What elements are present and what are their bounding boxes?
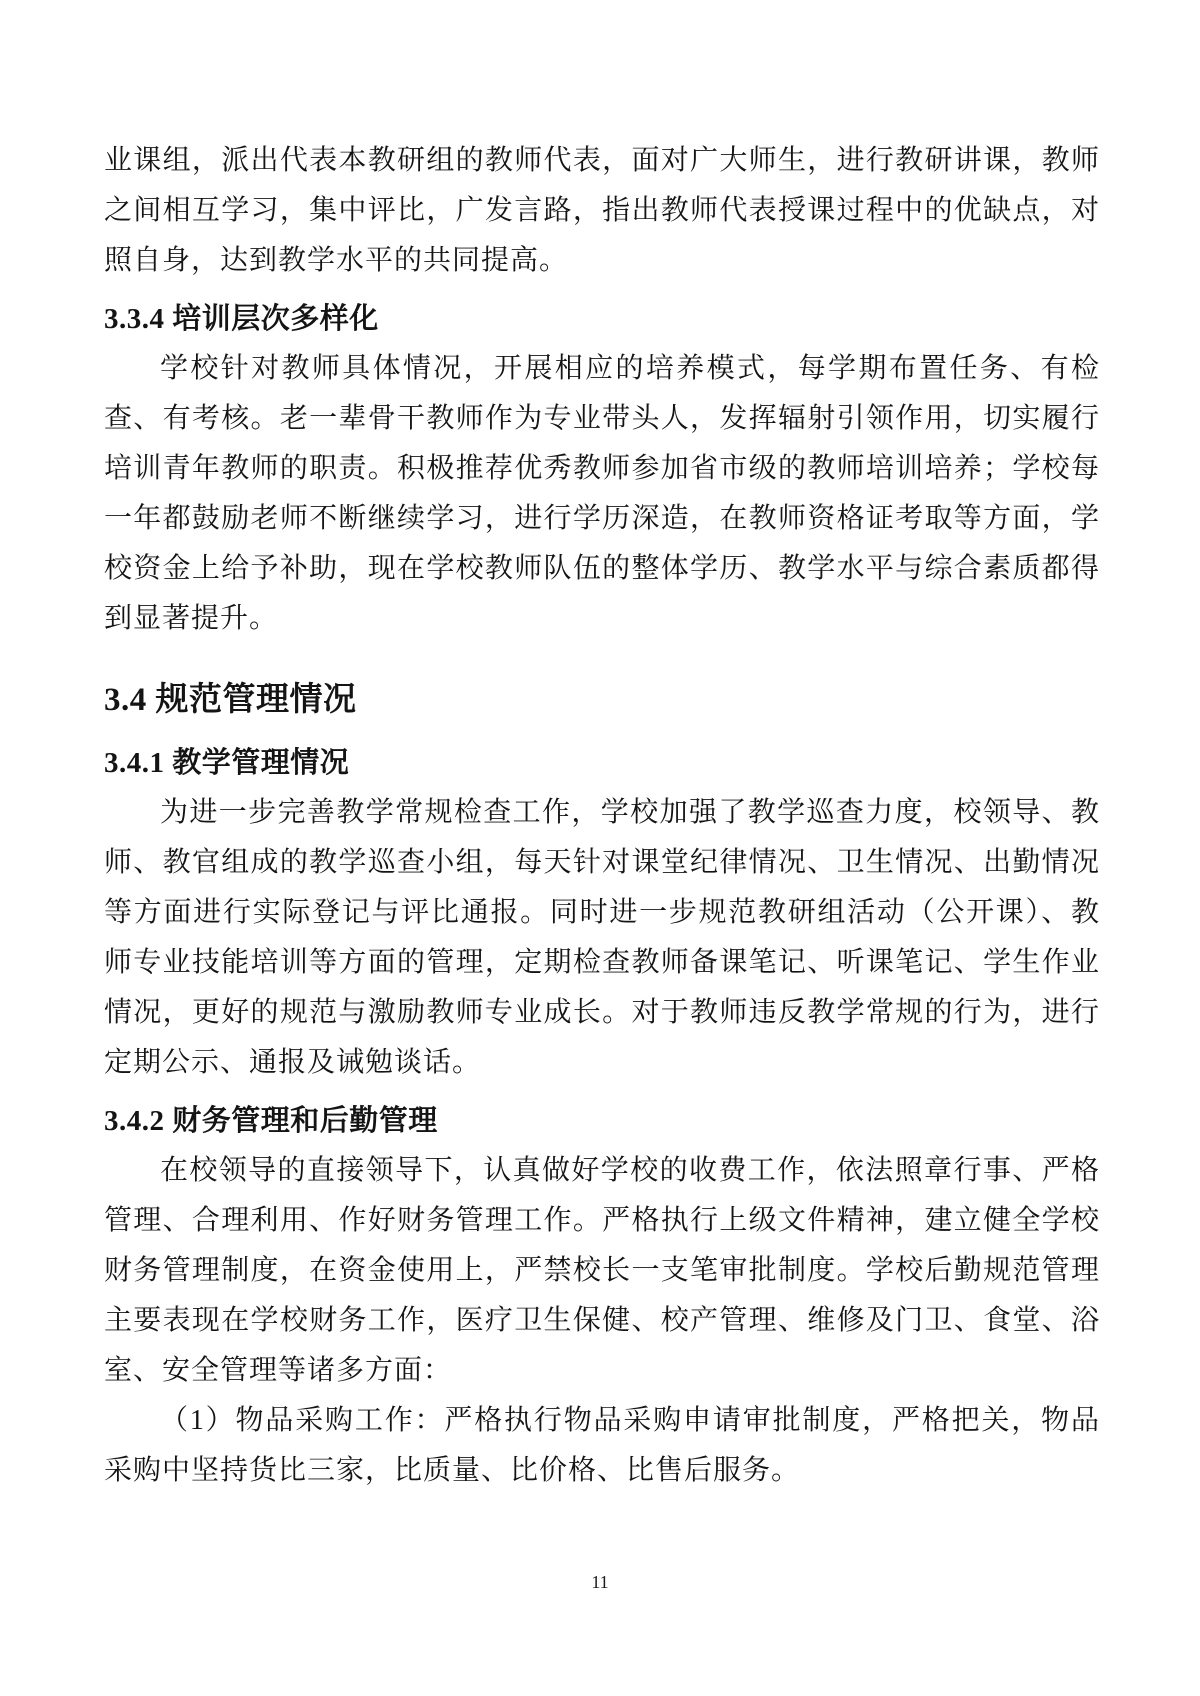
document-body: 业课组，派出代表本教研组的教师代表，面对广大师生，进行教研讲课，教师之间相互学习… [104, 136, 1100, 1496]
document-page: 业课组，派出代表本教研组的教师代表，面对广大师生，进行教研讲课，教师之间相互学习… [0, 0, 1200, 1696]
paragraph-continuation: 业课组，派出代表本教研组的教师代表，面对广大师生，进行教研讲课，教师之间相互学习… [104, 136, 1100, 286]
heading-3-4: 3.4 规范管理情况 [104, 668, 1100, 732]
paragraph-3-4-1: 为进一步完善教学常规检查工作，学校加强了教学巡查力度，校领导、教师、教官组成的教… [104, 788, 1100, 1088]
paragraph-3-4-2-item1: （1）物品采购工作：严格执行物品采购申请审批制度，严格把关，物品采购中坚持货比三… [104, 1396, 1100, 1496]
page-number: 11 [0, 1570, 1200, 1594]
heading-3-4-1: 3.4.1 教学管理情况 [104, 738, 1100, 788]
paragraph-3-3-4: 学校针对教师具体情况，开展相应的培养模式，每学期布置任务、有检查、有考核。老一辈… [104, 344, 1100, 644]
heading-3-4-2: 3.4.2 财务管理和后勤管理 [104, 1096, 1100, 1146]
heading-3-3-4: 3.3.4 培训层次多样化 [104, 294, 1100, 344]
paragraph-3-4-2: 在校领导的直接领导下，认真做好学校的收费工作，依法照章行事、严格管理、合理利用、… [104, 1146, 1100, 1396]
